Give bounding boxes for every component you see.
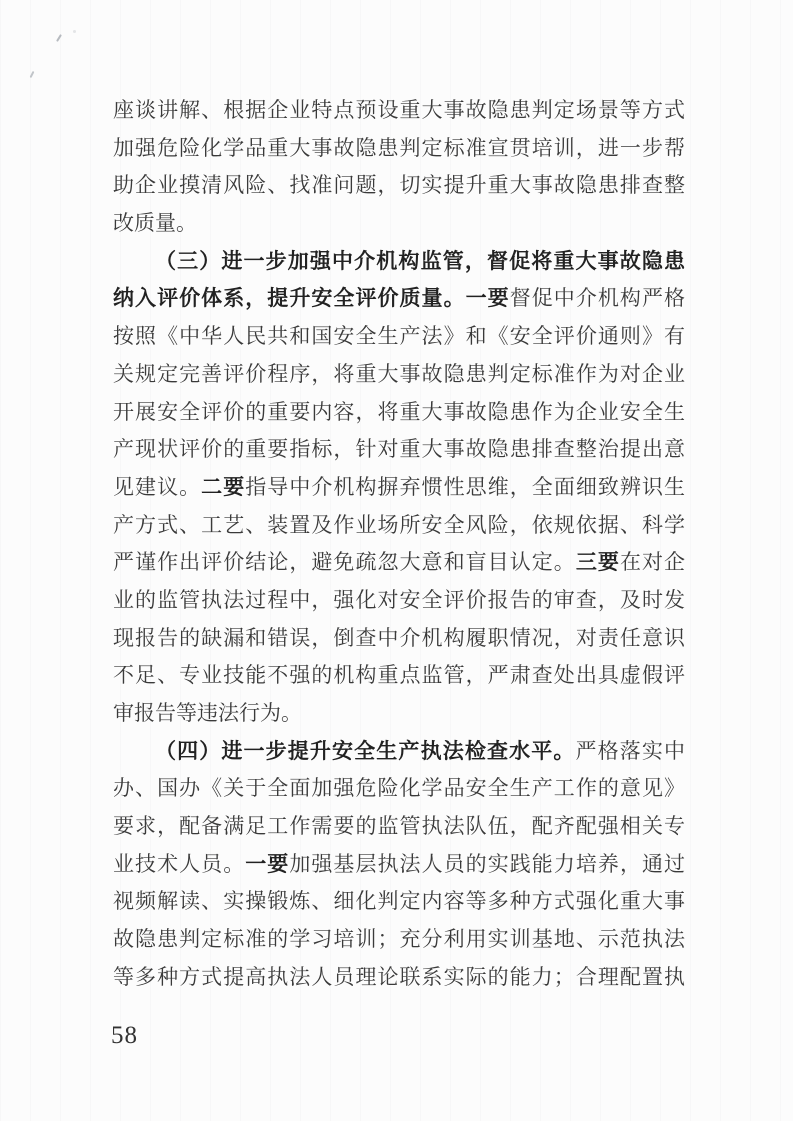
text-line: 要求，配备满足工作需要的监管执法队伍，配齐配强相关专 <box>113 808 685 846</box>
body-text: 不足、专业技能不强的机构重点监管，严肃查处出具虚假评 <box>113 663 685 687</box>
body-text: 现报告的缺漏和错误，倒查中介机构履职情况，对责任意识 <box>113 626 685 650</box>
body-text: 开展安全评价的重要内容，将重大事故隐患作为企业安全生 <box>113 400 685 424</box>
text-line: 现报告的缺漏和错误，倒查中介机构履职情况，对责任意识 <box>113 620 685 658</box>
text-line: 产现状评价的重要指标，针对重大事故隐患排查整治提出意 <box>113 431 685 469</box>
body-text: 在对企 <box>620 550 685 574</box>
text-line: 故隐患判定标准的学习培训；充分利用实训基地、示范执法 <box>113 921 685 959</box>
text-line: 座谈讲解、根据企业特点预设重大事故隐患判定场景等方式 <box>113 92 685 130</box>
body-text: 关规定完善评价程序，将重大事故隐患判定标准作为对企业 <box>113 362 685 386</box>
body-text: 助企业摸清风险、找准问题，切实提升重大事故隐患排查整 <box>113 173 685 197</box>
body-text: 改质量。 <box>113 211 197 235</box>
emphasis-text: 三要 <box>576 550 620 574</box>
body-text: 故隐患判定标准的学习培训；充分利用实训基地、示范执法 <box>113 927 685 951</box>
text-line: 审报告等违法行为。 <box>113 695 685 733</box>
body-text: 产现状评价的重要指标，针对重大事故隐患排查整治提出意 <box>113 437 685 461</box>
body-text: 按照《中华人民共和国安全生产法》和《安全评价通则》有 <box>113 324 685 348</box>
text-line: 助企业摸清风险、找准问题，切实提升重大事故隐患排查整 <box>113 167 685 205</box>
text-line: 开展安全评价的重要内容，将重大事故隐患作为企业安全生 <box>113 394 685 432</box>
text-line: 业的监管执法过程中，强化对安全评价报告的审查，及时发 <box>113 582 685 620</box>
body-text: 严谨作出评价结论，避免疏忽大意和盲目认定。 <box>113 550 576 574</box>
body-text: 见建议。 <box>113 475 201 499</box>
text-line: （三）进一步加强中介机构监管，督促将重大事故隐患 <box>113 243 685 281</box>
text-line: （四）进一步提升安全生产执法检查水平。严格落实中 <box>113 733 685 771</box>
text-line: 产方式、工艺、装置及作业场所安全风险，依规依据、科学 <box>113 507 685 545</box>
body-text: 座谈讲解、根据企业特点预设重大事故隐患判定场景等方式 <box>113 98 685 122</box>
emphasis-text: 二要 <box>201 475 245 499</box>
text-line: 不足、专业技能不强的机构重点监管，严肃查处出具虚假评 <box>113 657 685 695</box>
emphasis-text: 一要 <box>245 852 289 876</box>
text-line: 办、国办《关于全面加强危险化学品安全生产工作的意见》 <box>113 770 685 808</box>
text-line: 等多种方式提高执法人员理论联系实际的能力；合理配置执 <box>113 959 685 997</box>
body-text: 加强基层执法人员的实践能力培养，通过 <box>289 852 685 876</box>
scanned-document-page: 座谈讲解、根据企业特点预设重大事故隐患判定场景等方式加强危险化学品重大事故隐患判… <box>0 0 793 1121</box>
text-line: 加强危险化学品重大事故隐患判定标准宣贯培训，进一步帮 <box>113 130 685 168</box>
emphasis-text: （四）进一步提升安全生产执法检查水平。 <box>155 739 575 763</box>
body-text: 业技术人员。 <box>113 852 245 876</box>
text-line: 业技术人员。一要加强基层执法人员的实践能力培养，通过 <box>113 846 685 884</box>
scan-speckle-icon <box>56 34 62 42</box>
body-text: 严格落实中 <box>575 739 685 763</box>
text-line: 见建议。二要指导中介机构摒弃惯性思维，全面细致辨识生 <box>113 469 685 507</box>
emphasis-text: （三）进一步加强中介机构监管，督促将重大事故隐患 <box>155 249 685 273</box>
body-text: 要求，配备满足工作需要的监管执法队伍，配齐配强相关专 <box>113 814 685 838</box>
scan-speckle-icon <box>73 30 76 33</box>
text-line: 视频解读、实操锻炼、细化判定内容等多种方式强化重大事 <box>113 883 685 921</box>
body-text: 产方式、工艺、装置及作业场所安全风险，依规依据、科学 <box>113 513 685 537</box>
body-text: 业的监管执法过程中，强化对安全评价报告的审查，及时发 <box>113 588 685 612</box>
body-text: 办、国办《关于全面加强危险化学品安全生产工作的意见》 <box>113 776 685 800</box>
page-number: 58 <box>111 1022 138 1050</box>
document-body-text: 座谈讲解、根据企业特点预设重大事故隐患判定场景等方式加强危险化学品重大事故隐患判… <box>113 92 685 997</box>
text-line: 关规定完善评价程序，将重大事故隐患判定标准作为对企业 <box>113 356 685 394</box>
text-line: 按照《中华人民共和国安全生产法》和《安全评价通则》有 <box>113 318 685 356</box>
text-line: 改质量。 <box>113 205 685 243</box>
body-text: 督促中介机构严格 <box>510 286 685 310</box>
body-text: 等多种方式提高执法人员理论联系实际的能力；合理配置执 <box>113 965 685 989</box>
body-text: 指导中介机构摒弃惯性思维，全面细致辨识生 <box>245 475 685 499</box>
scan-speckle-icon <box>30 71 35 78</box>
emphasis-text: 纳入评价体系，提升安全评价质量。一要 <box>113 286 510 310</box>
body-text: 视频解读、实操锻炼、细化判定内容等多种方式强化重大事 <box>113 889 685 913</box>
body-text: 审报告等违法行为。 <box>113 701 302 725</box>
text-line: 纳入评价体系，提升安全评价质量。一要督促中介机构严格 <box>113 280 685 318</box>
text-line: 严谨作出评价结论，避免疏忽大意和盲目认定。三要在对企 <box>113 544 685 582</box>
body-text: 加强危险化学品重大事故隐患判定标准宣贯培训，进一步帮 <box>113 136 685 160</box>
